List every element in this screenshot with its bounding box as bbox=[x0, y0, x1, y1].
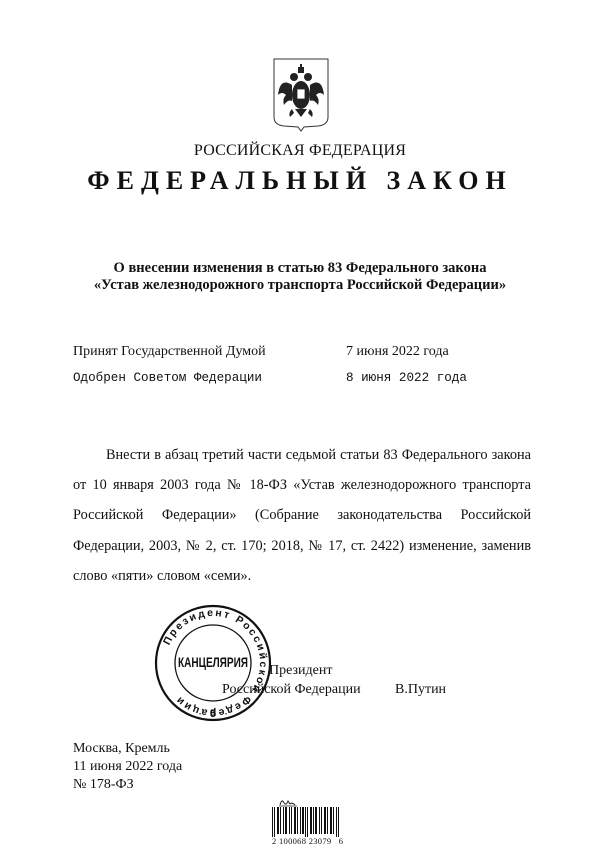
signing-details: Москва, Кремль 11 июня 2022 года № 178-Ф… bbox=[73, 740, 182, 794]
country-name: РОССИЙСКАЯ ФЕДЕРАЦИЯ bbox=[0, 142, 600, 160]
coat-of-arms-icon bbox=[268, 55, 334, 133]
adopted-duma-label: Принят Государственной Думой bbox=[73, 344, 266, 360]
svg-text:•: • bbox=[225, 712, 227, 718]
approved-council-date: 8 июня 2022 года bbox=[346, 371, 467, 385]
law-number: № 178-ФЗ bbox=[73, 776, 182, 794]
barcode bbox=[272, 807, 342, 837]
barcode-number: 2 100068 23079 6 bbox=[272, 836, 352, 846]
law-body-paragraph: Внести в абзац третий части седьмой стат… bbox=[73, 440, 531, 591]
document-type: ФЕДЕРАЛЬНЫЙ ЗАКОН bbox=[0, 166, 600, 196]
svg-text:•: • bbox=[199, 712, 201, 718]
chancellery-stamp: Президент Российской Федерации 5 • • КАН… bbox=[154, 601, 272, 726]
adopted-duma-date: 7 июня 2022 года bbox=[346, 344, 449, 360]
approved-council-label: Одобрен Советом Федерации bbox=[73, 371, 262, 385]
svg-text:5: 5 bbox=[210, 708, 216, 720]
svg-text:КАНЦЕЛЯРИЯ: КАНЦЕЛЯРИЯ bbox=[178, 654, 248, 670]
law-title-line1: О внесении изменения в статью 83 Федерал… bbox=[0, 260, 600, 277]
signing-date: 11 июня 2022 года bbox=[73, 758, 182, 776]
signature-position-line1: Президент bbox=[269, 663, 332, 679]
law-title-line2: «Устав железнодорожного транспорта Росси… bbox=[0, 277, 600, 294]
signatory-name: В.Путин bbox=[395, 682, 446, 698]
signing-place: Москва, Кремль bbox=[73, 740, 182, 758]
signature-position-line2: Российской Федерации bbox=[222, 682, 361, 698]
